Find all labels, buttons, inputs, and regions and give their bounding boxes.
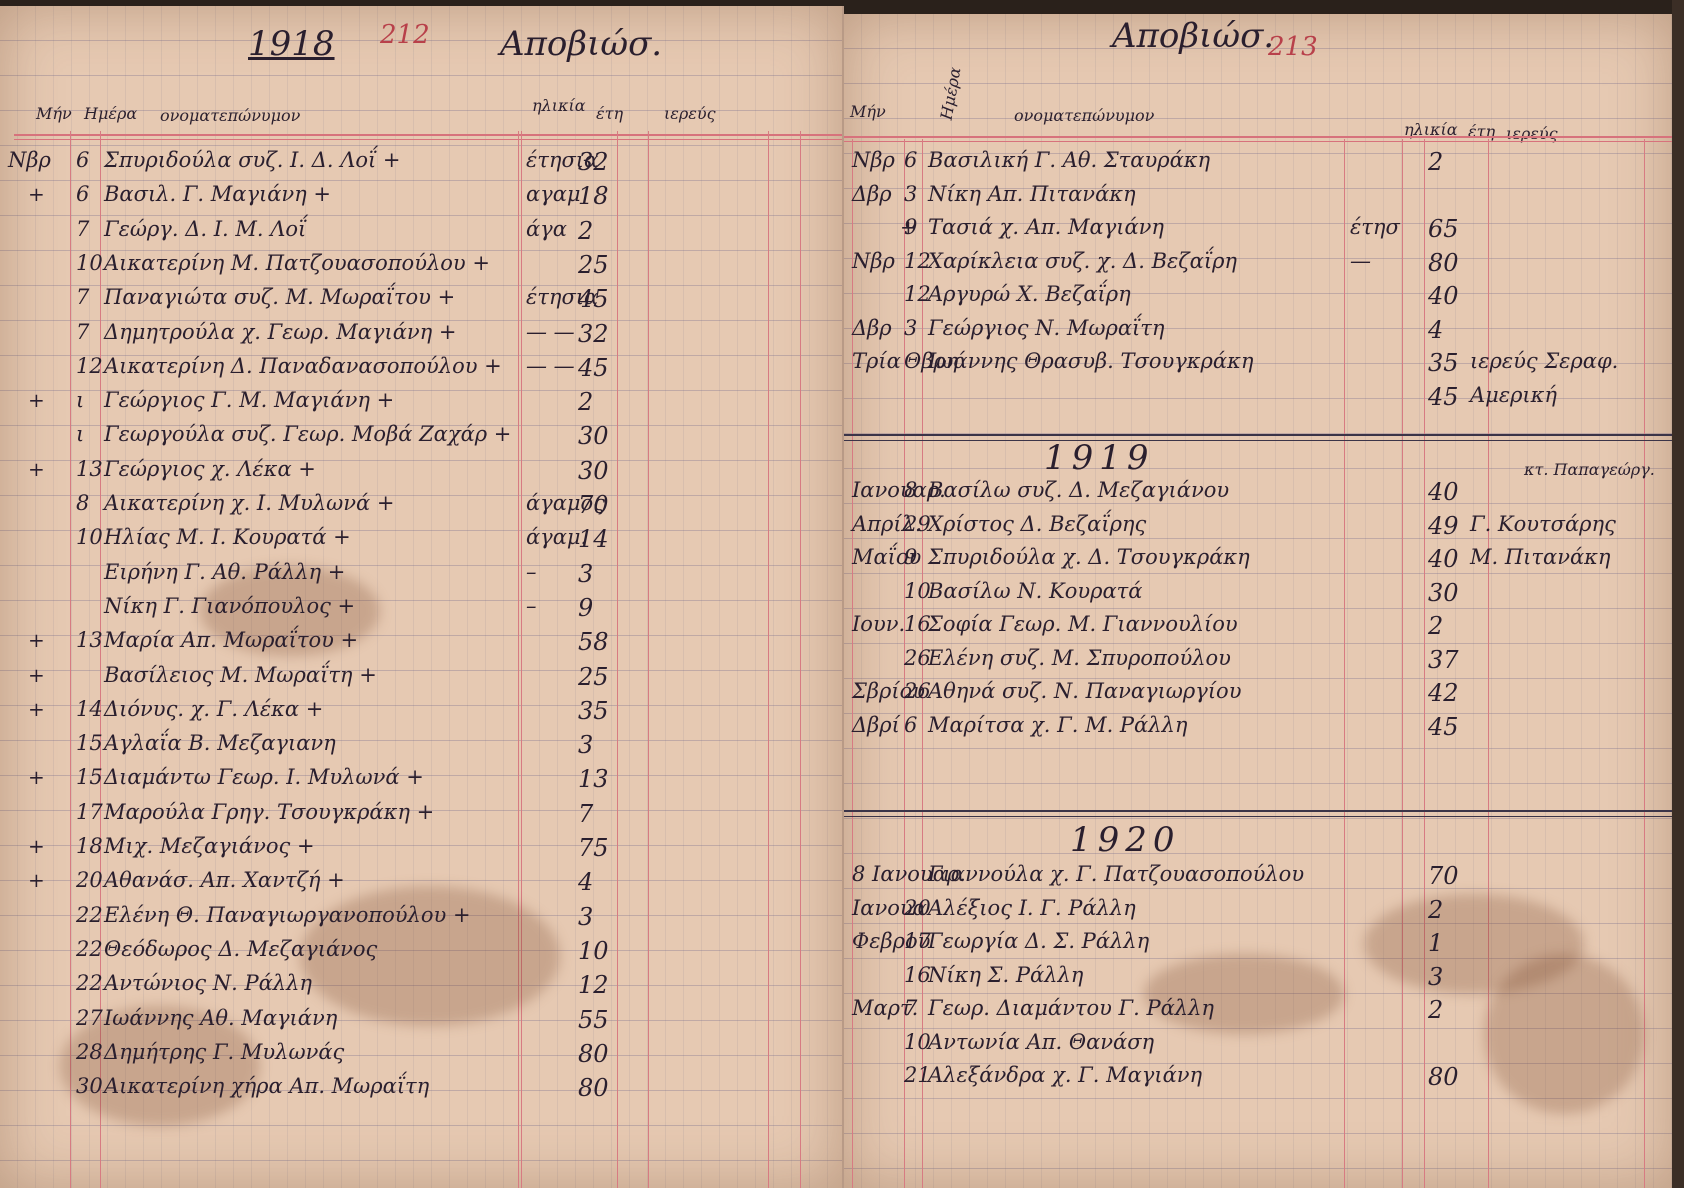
entry-age: 45 bbox=[578, 285, 609, 313]
entry-age: 30 bbox=[1428, 579, 1459, 607]
ledger-entry: Δβρί6Μαρίτσα χ. Γ. Μ. Ράλλη45 bbox=[844, 711, 1674, 745]
ledger-entry: +15Διαμάντω Γεωρ. Ι. Μυλωνά +13 bbox=[0, 763, 842, 797]
ledger-entry: Νβρ12Χαρίκλεια συζ. χ. Δ. Βεζαΐρη—80 bbox=[844, 247, 1674, 281]
entry-name: Σοφία Γεωρ. Μ. Γιαννουλίου bbox=[928, 612, 1238, 636]
page-number: 213 bbox=[1268, 32, 1318, 62]
entry-name: Γεώργιος χ. Λέκα + bbox=[104, 457, 316, 481]
entry-name: Ειρήνη Γ. Αθ. Ράλλη + bbox=[104, 560, 345, 584]
entry-age: 2 bbox=[1428, 996, 1443, 1024]
entry-name: Αλεξάνδρα χ. Γ. Μαγιάνη bbox=[928, 1063, 1202, 1087]
col-day: Ημέρα bbox=[84, 104, 137, 123]
entry-month: Ιουν. bbox=[852, 612, 905, 636]
ledger-entry: Νβρ6Σπυριδούλα συζ. Ι. Δ. Λοΐ +έτησια32 bbox=[0, 146, 842, 180]
entry-remark: Μ. Πιτανάκη bbox=[1470, 545, 1611, 569]
ledger-entry: 22Θεόδωρος Δ. Μεζαγιάνος10 bbox=[0, 935, 842, 969]
ledger-entry: 10Βασίλω Ν. Κουρατά30 bbox=[844, 577, 1674, 611]
ledger-entry: Νίκη Γ. Γιανόπουλος +–9 bbox=[0, 592, 842, 626]
entry-age: 18 bbox=[578, 182, 609, 210]
entry-note: έτησ bbox=[1350, 215, 1400, 239]
entry-day: 7 bbox=[76, 320, 89, 344]
entry-age: 75 bbox=[578, 834, 609, 862]
entry-remark: Γ. Κουτσάρης bbox=[1470, 512, 1616, 536]
entry-name: Μιχ. Μεζαγιάνος + bbox=[104, 834, 315, 858]
ledger-entry: 28Δημήτρης Γ. Μυλωνάς80 bbox=[0, 1038, 842, 1072]
entry-note: — bbox=[1350, 249, 1371, 273]
ledger-entry: 10Ηλίας Μ. Ι. Κουρατά +άγαμ.14 bbox=[0, 523, 842, 557]
ledger-entry: +13Μαρία Απ. Μωραΐτου +58 bbox=[0, 626, 842, 660]
entry-name: Αθανάσ. Απ. Χαντζή + bbox=[104, 868, 345, 892]
ledger-entry: 21Αλεξάνδρα χ. Γ. Μαγιάνη80 bbox=[844, 1061, 1674, 1095]
col-age-note: ηλικία bbox=[532, 96, 586, 115]
entry-age: 70 bbox=[578, 491, 609, 519]
ledger-entry: Νβρ6Βασιλική Γ. Αθ. Σταυράκη2 bbox=[844, 146, 1674, 180]
entry-day: 22 bbox=[76, 937, 103, 961]
entry-age: 40 bbox=[1428, 478, 1459, 506]
entry-name: Γεωργούλα συζ. Γεωρ. Μοβά Ζαχάρ + bbox=[104, 422, 511, 446]
ledger-entry: Ειρήνη Γ. Αθ. Ράλλη +–3 bbox=[0, 558, 842, 592]
entry-age: 30 bbox=[578, 422, 609, 450]
entry-day: 28 bbox=[76, 1040, 103, 1064]
entry-name: Γεώργ. Δ. Ι. Μ. Λοΐ bbox=[104, 217, 306, 241]
ledger-entry: 10Αικατερίνη Μ. Πατζουασοπούλου +25 bbox=[0, 249, 842, 283]
entry-age: 3 bbox=[578, 560, 593, 588]
entry-name: Αικατερίνη χ. Ι. Μυλωνά + bbox=[104, 491, 394, 515]
cross-mark: + bbox=[28, 388, 45, 412]
entry-day: 7 bbox=[904, 996, 917, 1020]
entry-day: 14 bbox=[76, 697, 103, 721]
entry-age: 13 bbox=[578, 765, 609, 793]
page-heading: Αποβιώσ. bbox=[500, 24, 662, 64]
entry-name: Γεωρ. Διαμάντου Γ. Ράλλη bbox=[928, 996, 1214, 1020]
ledger-entry: 8 Ιανουαρ.Γιαννούλα χ. Γ. Πατζουασοπούλο… bbox=[844, 860, 1674, 894]
entry-day: 12 bbox=[904, 282, 931, 306]
entry-name: Μαρούλα Γρηγ. Τσουγκράκη + bbox=[104, 800, 434, 824]
ledger-entry: +18Μιχ. Μεζαγιάνος +75 bbox=[0, 832, 842, 866]
entry-age: 2 bbox=[1428, 612, 1443, 640]
entry-age: 9 bbox=[578, 594, 593, 622]
entry-name: Χρίστος Δ. Βεζαΐρης bbox=[928, 512, 1146, 536]
entry-day: 9 bbox=[904, 545, 917, 569]
entry-month: Νβρ bbox=[8, 148, 51, 172]
entry-day: 10 bbox=[904, 1030, 931, 1054]
entry-month: Νβρ bbox=[852, 249, 895, 273]
entry-name: Ηλίας Μ. Ι. Κουρατά + bbox=[104, 525, 351, 549]
ledger-entry: Απρίλ.29Χρίστος Δ. Βεζαΐρης49Γ. Κουτσάρη… bbox=[844, 510, 1674, 544]
entry-note: – bbox=[526, 560, 537, 584]
entry-name: Γεώργιος Ν. Μωραΐτη bbox=[928, 316, 1165, 340]
entry-name: Γεωργία Δ. Σ. Ράλλη bbox=[928, 929, 1149, 953]
entry-note: — — bbox=[526, 320, 575, 344]
entry-day: 15 bbox=[76, 731, 103, 755]
entry-day: 22 bbox=[76, 971, 103, 995]
entry-age: 4 bbox=[1428, 316, 1443, 344]
entry-age: 35 bbox=[1428, 349, 1459, 377]
ledger-entry: 12Αικατερίνη Δ. Παναδανασοπούλου +— —45 bbox=[0, 352, 842, 386]
ledger-entry: 7Δημητρούλα χ. Γεωρ. Μαγιάνη +— —32 bbox=[0, 318, 842, 352]
ledger-entry: 22Αντώνιος Ν. Ράλλη12 bbox=[0, 969, 842, 1003]
entry-name: Αγλαΐα Β. Μεζαγιανη bbox=[104, 731, 336, 755]
entry-name: Παναγιώτα συζ. Μ. Μωραΐτου + bbox=[104, 285, 455, 309]
cross-mark: + bbox=[28, 182, 45, 206]
entry-day: 16 bbox=[904, 963, 931, 987]
col-priest: ιερεύς bbox=[664, 104, 716, 123]
col-day: Ημέρα bbox=[937, 66, 965, 122]
col-name: ονοματεπώνυμον bbox=[160, 106, 300, 125]
entry-age: 14 bbox=[578, 525, 609, 553]
entry-name: Γεώργιος Γ. Μ. Μαγιάνη + bbox=[104, 388, 394, 412]
entry-name: Γιαννούλα χ. Γ. Πατζουασοπούλου bbox=[928, 862, 1304, 886]
ledger-entry: 7Παναγιώτα συζ. Μ. Μωραΐτου +έτησια45 bbox=[0, 283, 842, 317]
year-title: 1918 bbox=[248, 24, 335, 64]
col-years: έτη bbox=[596, 104, 623, 123]
entry-day: 6 bbox=[76, 148, 89, 172]
ledger-entry: +20Αθανάσ. Απ. Χαντζή +4 bbox=[0, 866, 842, 900]
entry-age: 4 bbox=[578, 868, 593, 896]
entry-day: 3 bbox=[904, 316, 917, 340]
ledger-entry: Μαΐου9Σπυριδούλα χ. Δ. Τσουγκράκη40Μ. Πι… bbox=[844, 543, 1674, 577]
entry-name: Αθηνά συζ. Ν. Παναγιωργίου bbox=[928, 679, 1241, 703]
ledger-entry: 7Γεώργ. Δ. Ι. Μ. Λοΐάγα2 bbox=[0, 215, 842, 249]
entry-note: – bbox=[526, 594, 537, 618]
entry-name: Ιωάννης Θρασυβ. Τσουγκράκη bbox=[928, 349, 1253, 373]
entry-day: 8 bbox=[904, 478, 917, 502]
entry-day: 13 bbox=[76, 457, 103, 481]
ledger-entry: 10Αντωνία Απ. Θανάση bbox=[844, 1028, 1674, 1062]
ledger-entry: 30Αικατερίνη χήρα Απ. Μωραΐτη80 bbox=[0, 1072, 842, 1106]
ledger-entry: Φεβρου17Γεωργία Δ. Σ. Ράλλη1 bbox=[844, 927, 1674, 961]
entry-day: 10 bbox=[76, 251, 103, 275]
entry-name: Δημητρούλα χ. Γεωρ. Μαγιάνη + bbox=[104, 320, 457, 344]
entry-age: 45 bbox=[578, 354, 609, 382]
ledger-entry: +14Διόνυς. χ. Γ. Λέκα +35 bbox=[0, 695, 842, 729]
year-1919: 1919 bbox=[1044, 438, 1155, 478]
entry-age: 45 bbox=[1428, 713, 1459, 741]
entry-day: 12 bbox=[904, 249, 931, 273]
cross-mark: + bbox=[28, 628, 45, 652]
ledger-entry: ΤρίαΘβρηΙωάννης Θρασυβ. Τσουγκράκη35ιερε… bbox=[844, 347, 1674, 381]
entry-day: 12 bbox=[76, 354, 103, 378]
entry-day: 26 bbox=[904, 679, 931, 703]
entry-day: 6 bbox=[904, 713, 917, 737]
ledger-entry: +13Γεώργιος χ. Λέκα +30 bbox=[0, 455, 842, 489]
entry-note: αγαμ bbox=[526, 182, 581, 206]
ledger-entry: ιΓεωργούλα συζ. Γεωρ. Μοβά Ζαχάρ +30 bbox=[0, 420, 842, 454]
entry-name: Δημήτρης Γ. Μυλωνάς bbox=[104, 1040, 344, 1064]
ledger-entry: +Βασίλειος Μ. Μωραΐτη +25 bbox=[0, 661, 842, 695]
entry-day: 7 bbox=[76, 217, 89, 241]
ledger-entry: Σβρίου26Αθηνά συζ. Ν. Παναγιωργίου42 bbox=[844, 677, 1674, 711]
entry-day: ι bbox=[76, 388, 84, 412]
entry-day: 20 bbox=[904, 896, 931, 920]
entry-name: Αικατερίνη Δ. Παναδανασοπούλου + bbox=[104, 354, 502, 378]
ledger-entry: 15Αγλαΐα Β. Μεζαγιανη3 bbox=[0, 729, 842, 763]
entry-age: 10 bbox=[578, 937, 609, 965]
entry-age: 1 bbox=[1428, 929, 1443, 957]
entry-day: 18 bbox=[76, 834, 103, 858]
entry-age: 42 bbox=[1428, 679, 1459, 707]
year-1920: 1920 bbox=[1070, 820, 1181, 860]
ledger-entry: 8Αικατερίνη χ. Ι. Μυλωνά +άγαμος70 bbox=[0, 489, 842, 523]
ledger-entry: 17Μαρούλα Γρηγ. Τσουγκράκη +7 bbox=[0, 798, 842, 832]
entry-day: 7 bbox=[76, 285, 89, 309]
entry-day: 29 bbox=[904, 512, 931, 536]
entry-name: Ιωάννης Αθ. Μαγιάνη bbox=[104, 1006, 337, 1030]
entry-day: 8 bbox=[76, 491, 89, 515]
entry-age: 58 bbox=[578, 628, 609, 656]
entry-name: Χαρίκλεια συζ. χ. Δ. Βεζαΐρη bbox=[928, 249, 1237, 273]
entry-day: 6 bbox=[904, 148, 917, 172]
entry-day: 10 bbox=[76, 525, 103, 549]
entry-age: 2 bbox=[1428, 896, 1443, 924]
entry-month: Δβρ bbox=[852, 182, 892, 206]
entry-remark: ιερεύς Σεραφ. bbox=[1470, 349, 1618, 373]
entry-day: 22 bbox=[76, 903, 103, 927]
ledger-entry: +6Βασιλ. Γ. Μαγιάνη +αγαμ18 bbox=[0, 180, 842, 214]
ledger-entry: Δβρ3Γεώργιος Ν. Μωραΐτη4 bbox=[844, 314, 1674, 348]
entry-day: 16 bbox=[904, 612, 931, 636]
entry-name: Αλέξιος Ι. Γ. Ράλλη bbox=[928, 896, 1136, 920]
entry-age: 30 bbox=[578, 457, 609, 485]
cross-mark: + bbox=[28, 697, 45, 721]
entry-day: 26 bbox=[904, 646, 931, 670]
entry-age: 35 bbox=[578, 697, 609, 725]
entry-name: Ελένη συζ. Μ. Σπυροπούλου bbox=[928, 646, 1231, 670]
ledger-entry: +ιΓεώργιος Γ. Μ. Μαγιάνη +2 bbox=[0, 386, 842, 420]
entry-age: 25 bbox=[578, 251, 609, 279]
entry-month: Νβρ bbox=[852, 148, 895, 172]
entry-age: 40 bbox=[1428, 545, 1459, 573]
entry-age: 3 bbox=[578, 731, 593, 759]
entry-day: 17 bbox=[76, 800, 103, 824]
entry-name: Αντώνιος Ν. Ράλλη bbox=[104, 971, 312, 995]
entry-day: 3 bbox=[904, 182, 917, 206]
entry-day: 10 bbox=[904, 579, 931, 603]
entry-name: Θεόδωρος Δ. Μεζαγιάνος bbox=[104, 937, 377, 961]
entry-name: Αντωνία Απ. Θανάση bbox=[928, 1030, 1154, 1054]
entry-name: Βασίλω συζ. Δ. Μεζαγιάνου bbox=[928, 478, 1229, 502]
entry-day: 9 bbox=[904, 215, 917, 239]
entry-age: 80 bbox=[578, 1040, 609, 1068]
entry-note: άγα bbox=[526, 217, 567, 241]
entry-age: 2 bbox=[578, 388, 593, 416]
col-month: Μήν bbox=[850, 102, 886, 121]
entry-name: Αικατερίνη χήρα Απ. Μωραΐτη bbox=[104, 1074, 429, 1098]
ledger-entry: 26Ελένη συζ. Μ. Σπυροπούλου37 bbox=[844, 644, 1674, 678]
entry-name: Βασιλική Γ. Αθ. Σταυράκη bbox=[928, 148, 1210, 172]
entry-name: Νίκη Απ. Πιτανάκη bbox=[928, 182, 1136, 206]
col-name: ονοματεπώνυμον bbox=[1014, 106, 1154, 125]
entry-age: 2 bbox=[1428, 148, 1443, 176]
entry-age: 2 bbox=[578, 217, 593, 245]
entry-day: 20 bbox=[76, 868, 103, 892]
ledger-entry: Ιουν.16Σοφία Γεωρ. Μ. Γιαννουλίου2 bbox=[844, 610, 1674, 644]
year-separator bbox=[844, 810, 1674, 817]
entry-day: 6 bbox=[76, 182, 89, 206]
entry-name: Σπυριδούλα συζ. Ι. Δ. Λοΐ + bbox=[104, 148, 401, 172]
entry-month: Τρία bbox=[852, 349, 901, 373]
entry-day: 30 bbox=[76, 1074, 103, 1098]
entry-age: 65 bbox=[1428, 215, 1459, 243]
page-number: 212 bbox=[380, 20, 430, 50]
cross-mark: + bbox=[28, 663, 45, 687]
entry-age: 70 bbox=[1428, 862, 1459, 890]
entry-remark: Αμερική bbox=[1470, 383, 1557, 407]
ledger-entry: 27Ιωάννης Αθ. Μαγιάνη55 bbox=[0, 1004, 842, 1038]
entry-day: 15 bbox=[76, 765, 103, 789]
entry-name: Νίκη Σ. Ράλλη bbox=[928, 963, 1083, 987]
entry-age: 40 bbox=[1428, 282, 1459, 310]
ledger-entry: 12Αργυρώ Χ. Βεζαΐρη40 bbox=[844, 280, 1674, 314]
cross-mark: + bbox=[28, 868, 45, 892]
cross-mark: + bbox=[28, 834, 45, 858]
ledger-entry: Δβρ3Νίκη Απ. Πιτανάκη bbox=[844, 180, 1674, 214]
entry-day: ι bbox=[76, 422, 84, 446]
entry-age: 80 bbox=[1428, 249, 1459, 277]
entry-name: Αργυρώ Χ. Βεζαΐρη bbox=[928, 282, 1131, 306]
entry-age: 32 bbox=[578, 148, 609, 176]
ledger-left-page: 1918 212 Αποβιώσ. Μήν Ημέρα ονοματεπώνυμ… bbox=[0, 6, 844, 1188]
entry-age: 32 bbox=[578, 320, 609, 348]
entry-age: 37 bbox=[1428, 646, 1459, 674]
entry-note: — — bbox=[526, 354, 575, 378]
entry-age: 80 bbox=[1428, 1063, 1459, 1091]
ledger-entry: Ιανουα20Αλέξιος Ι. Γ. Ράλλη2 bbox=[844, 894, 1674, 928]
entry-name: Τασιά χ. Απ. Μαγιάνη bbox=[928, 215, 1164, 239]
entry-name: Σπυριδούλα χ. Δ. Τσουγκράκη bbox=[928, 545, 1250, 569]
entry-name: Διόνυς. χ. Γ. Λέκα + bbox=[104, 697, 323, 721]
cross-mark: + bbox=[28, 765, 45, 789]
entry-name: Ελένη Θ. Παναγιωργανοπούλου + bbox=[104, 903, 471, 927]
entry-age: 80 bbox=[578, 1074, 609, 1102]
entry-age: 25 bbox=[578, 663, 609, 691]
ledger-entry: 45Αμερική bbox=[844, 381, 1674, 415]
header-rule bbox=[14, 134, 842, 140]
entry-day: 17 bbox=[904, 929, 931, 953]
entry-age: 55 bbox=[578, 1006, 609, 1034]
entry-name: Νίκη Γ. Γιανόπουλος + bbox=[104, 594, 355, 618]
entry-name: Βασιλ. Γ. Μαγιάνη + bbox=[104, 182, 331, 206]
year-separator bbox=[844, 434, 1674, 441]
entry-month: Δβρ bbox=[852, 316, 892, 340]
entry-day: 13 bbox=[76, 628, 103, 652]
entry-name: Διαμάντω Γεωρ. Ι. Μυλωνά + bbox=[104, 765, 424, 789]
entry-age: 3 bbox=[1428, 963, 1443, 991]
entry-name: Βασίλω Ν. Κουρατά bbox=[928, 579, 1142, 603]
entry-age: 7 bbox=[578, 800, 593, 828]
entry-age: 49 bbox=[1428, 512, 1459, 540]
book-cover-edge bbox=[1672, 0, 1684, 1188]
ledger-right-page: Αποβιώσ. 213 Μήν Ημέρα ονοματεπώνυμον ηλ… bbox=[844, 14, 1674, 1188]
entry-name: Βασίλειος Μ. Μωραΐτη + bbox=[104, 663, 377, 687]
entry-age: 3 bbox=[578, 903, 593, 931]
entry-name: Μαρίτσα χ. Γ. Μ. Ράλλη bbox=[928, 713, 1187, 737]
col-month: Μήν bbox=[36, 104, 72, 123]
ledger-entry: Ιανουαρ.8Βασίλω συζ. Δ. Μεζαγιάνου40 bbox=[844, 476, 1674, 510]
ledger-entry: 22Ελένη Θ. Παναγιωργανοπούλου +3 bbox=[0, 901, 842, 935]
ledger-entry: +9Τασιά χ. Απ. Μαγιάνηέτησ65 bbox=[844, 213, 1674, 247]
entry-month: Δβρί bbox=[852, 713, 900, 737]
header-rule bbox=[844, 136, 1674, 142]
entry-age: 12 bbox=[578, 971, 609, 999]
entry-day: 21 bbox=[904, 1063, 931, 1087]
entry-day: 27 bbox=[76, 1006, 103, 1030]
page-heading: Αποβιώσ. bbox=[1112, 16, 1274, 56]
entry-age: 45 bbox=[1428, 383, 1459, 411]
ledger-entry: Μαρτ.7Γεωρ. Διαμάντου Γ. Ράλλη2 bbox=[844, 994, 1674, 1028]
entry-name: Αικατερίνη Μ. Πατζουασοπούλου + bbox=[104, 251, 490, 275]
cross-mark: + bbox=[28, 457, 45, 481]
ledger-entry: 16Νίκη Σ. Ράλλη3 bbox=[844, 961, 1674, 995]
entry-name: Μαρία Απ. Μωραΐτου + bbox=[104, 628, 358, 652]
